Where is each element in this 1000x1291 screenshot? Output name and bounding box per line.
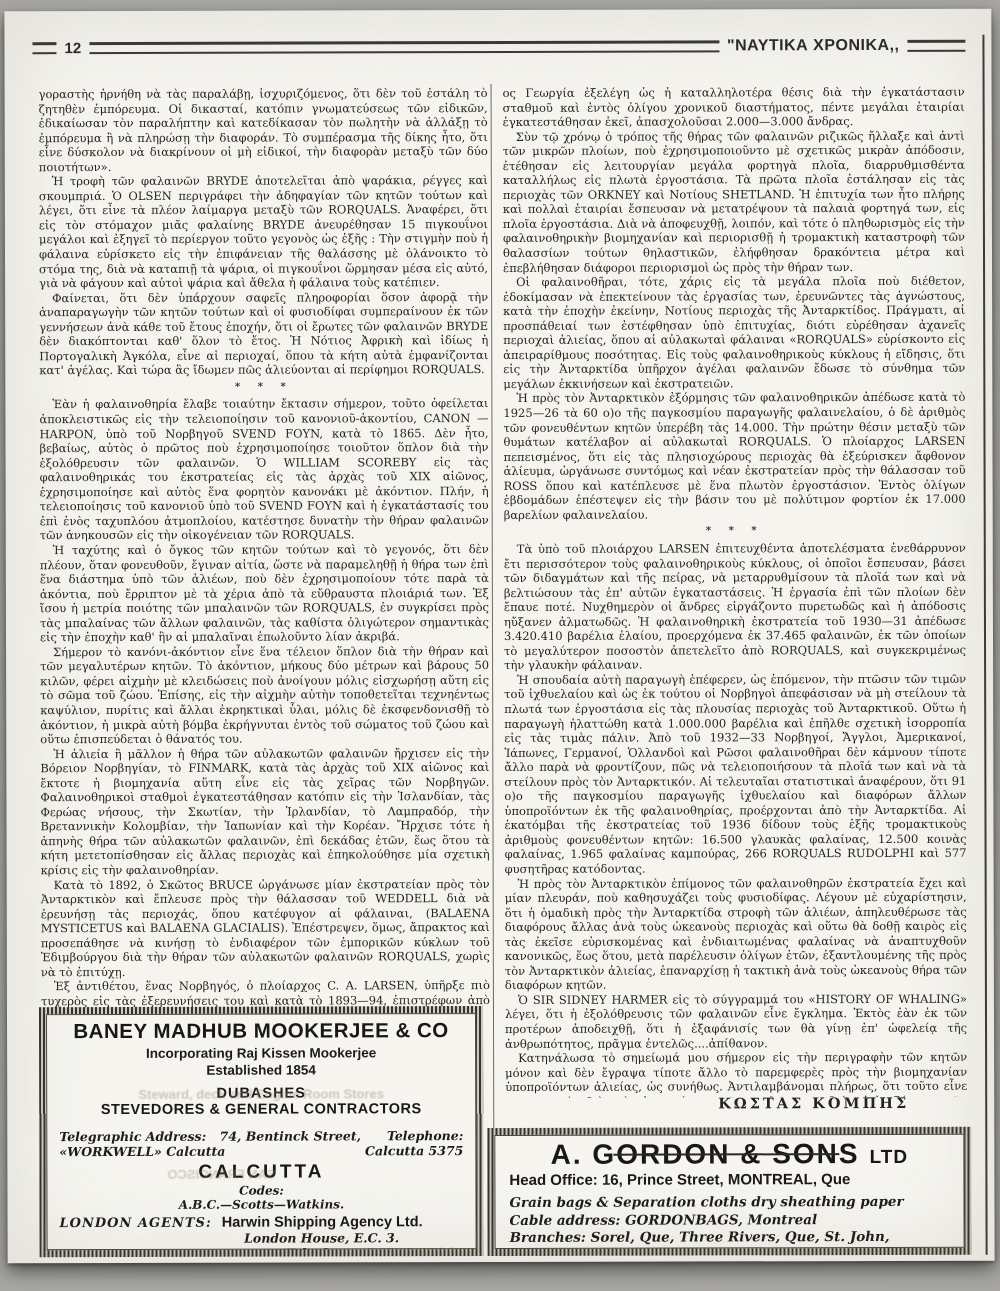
ad-gordon-frame: A. GORDON & SONS LTD Head Office: 16, Pr… [494, 1134, 964, 1249]
page-edge-rule [982, 35, 987, 1255]
author-signature: ΚΩΣΤΑΣ ΚΟΜΠΗΣ [505, 1095, 909, 1113]
article-column-right: ος Γεωργία ἐξελέγη ὡς ἡ καταλληλοτέρα θέ… [503, 85, 968, 1098]
ad-gordon: A. GORDON & SONS LTD Head Office: 16, Pr… [487, 1127, 971, 1256]
page-header: 12 "ΝΑΥΤΙΚΑ ΧΡΟΝΙΚΑ,, [32, 35, 965, 59]
ad-contact-row: Telegraphic Address: 74, Bentinck Street… [59, 1128, 463, 1144]
cable-address-line: Cable address: GORDONBAGS, Montreal [510, 1211, 950, 1230]
agents-phone: Telephone: ROYAL 1534 [60, 1245, 464, 1250]
agents-address: London House, E.C. 3. [60, 1230, 464, 1246]
paragraph: Ἐὰν ἡ φαλαινοθηρία ἔλαβε τοιαύτην ἔκτασι… [39, 397, 488, 544]
codes-value: A.B.C.—Scotts—Watkins. [59, 1197, 463, 1212]
paragraph: Ἡ πρὸς τὸν Ἀνταρκτικὸν ἐξόρμησις τῶν φαλ… [503, 390, 965, 522]
agents-value: Harwin Shipping Agency Ltd. [222, 1214, 464, 1231]
paragraph: Ὁ SIR SIDNEY HARMER εἰς τὸ σύγγραμμά του… [505, 992, 967, 1051]
page-number: 12 [64, 40, 81, 57]
section-separator: * * * [504, 524, 966, 540]
paragraph: Σήμερον τὸ κανόνι-ἀκόντιον εἶνε ἕνα τέλε… [40, 644, 489, 747]
head-office-line: Head Office: 16, Prince Street, MONTREAL… [509, 1171, 949, 1189]
paragraph: Σὺν τῷ χρόνῳ ὁ τρόπος τῆς θήρας τῶν φαλα… [503, 128, 965, 275]
double-rule [89, 40, 719, 54]
paragraph: Κατηνάλωσα τὸ σημείωμά μου σήμερον εἰς τ… [505, 1050, 967, 1098]
article-column-left: γοραστὴς ἠρνήθη νὰ τὰς παραλάβῃ, ἰσχυριζ… [39, 86, 490, 1009]
paragraph: Ἡ σπουδαία αὐτὴ παραγωγὴ ἐπέφερεν, ὡς ἑπ… [504, 672, 967, 877]
ad-mookerjee: Steward, deck and Engine Room Stores SAN… [39, 1006, 484, 1257]
section-separator: * * * [39, 380, 488, 396]
paragraph: Ἡ τροφὴ τῶν φαλαινῶν BRYDE ἀποτελεῖται ἀ… [39, 173, 488, 291]
column-divider-rule [491, 84, 495, 1128]
branches-line: Branches: Sorel, Que, Three Rivers, Que,… [510, 1229, 950, 1248]
paragraph: Ἡ πρὸς τὸν Ἀνταρκτικὸν ἐπίμονος τῶν φαλα… [505, 875, 967, 993]
paragraph: Φαίνεται, ὅτι δὲν ὑπάρχουν σαφεῖς πληροφ… [39, 290, 488, 378]
ad-products-line: Grain bags & Separation cloths dry sheat… [509, 1194, 949, 1213]
phone-value: Calcutta 5375 [261, 1143, 463, 1159]
scanned-magazine-page: 12 "ΝΑΥΤΙΚΑ ΧΡΟΝΙΚΑ,, γοραστὴς ἠρνήθη νὰ… [4, 9, 994, 1264]
paragraph: Τὰ ὑπὸ τοῦ πλοιάρχου LARSEN ἐπιτευχθέντα… [504, 541, 966, 673]
codes-label: Codes: [59, 1183, 463, 1198]
ad-mookerjee-content: BANEY MADHUB MOOKERJEE & CO Incorporatin… [47, 1014, 476, 1249]
double-rule [907, 40, 965, 52]
masthead-title: "ΝΑΥΤΙΚΑ ΧΡΟΝΙΚΑ,, [727, 37, 900, 55]
paragraph: Οἱ φαλαινοθῆραι, τότε, χάρις εἰς τὰ μεγά… [503, 274, 965, 392]
phone-label: Telephone: [367, 1128, 463, 1143]
double-rule [32, 42, 56, 54]
paragraph: γοραστὴς ἠρνήθη νὰ τὰς παραλάβῃ, ἰσχυριζ… [39, 86, 488, 174]
ad-dubashes: DUBASHES [59, 1085, 463, 1102]
ad-mookerjee-frame: Steward, deck and Engine Room Stores SAN… [46, 1013, 477, 1250]
ad-title-suffix: LTD [870, 1147, 909, 1169]
paragraph: Ἡ ταχύτης καὶ ὁ ὄγκος τῶν κητῶν τούτων κ… [40, 542, 489, 645]
agents-row: LONDON AGENTS: Harwin Shipping Agency Lt… [60, 1214, 464, 1231]
ad-stevedores: STEVEDORES & GENERAL CONTRACTORS [59, 1101, 463, 1118]
ad-subtitle: Incorporating Raj Kissen Mookerjee [59, 1045, 463, 1061]
street-address: 74, Bentinck Street, [220, 1128, 368, 1143]
telegraphic-label: Telegraphic Address: [59, 1129, 219, 1144]
paragraph: Ἐξ ἀντιθέτου, ἕνας Νορβηγός, ὁ πλοίαρχος… [41, 978, 490, 1009]
ad-established: Established 1854 [59, 1062, 463, 1078]
ad-title: BANEY MADHUB MOOKERJEE & CO [59, 1019, 463, 1044]
ad-contact-row2: «WORKWELL» Calcutta Calcutta 5375 [59, 1143, 463, 1159]
agents-label: LONDON AGENTS: [60, 1216, 212, 1231]
paragraph: ος Γεωργία ἐξελέγη ὡς ἡ καταλληλοτέρα θέ… [503, 85, 965, 130]
paragraph: Ἡ ἁλιεία ἢ μᾶλλον ἡ θήρα τῶν αὐλακωτῶν φ… [40, 746, 489, 878]
ad-city: CALCUTTA [59, 1161, 463, 1184]
paragraph: Κατὰ τὸ 1892, ὁ Σκῶτος BRUCE ὠργάνωσε μί… [41, 877, 490, 980]
branches-line2: NB, Halifax, NS, [510, 1246, 950, 1249]
telegraphic-value: «WORKWELL» Calcutta [59, 1144, 261, 1160]
ad-gordon-content: A. GORDON & SONS LTD Head Office: 16, Pr… [495, 1135, 963, 1248]
